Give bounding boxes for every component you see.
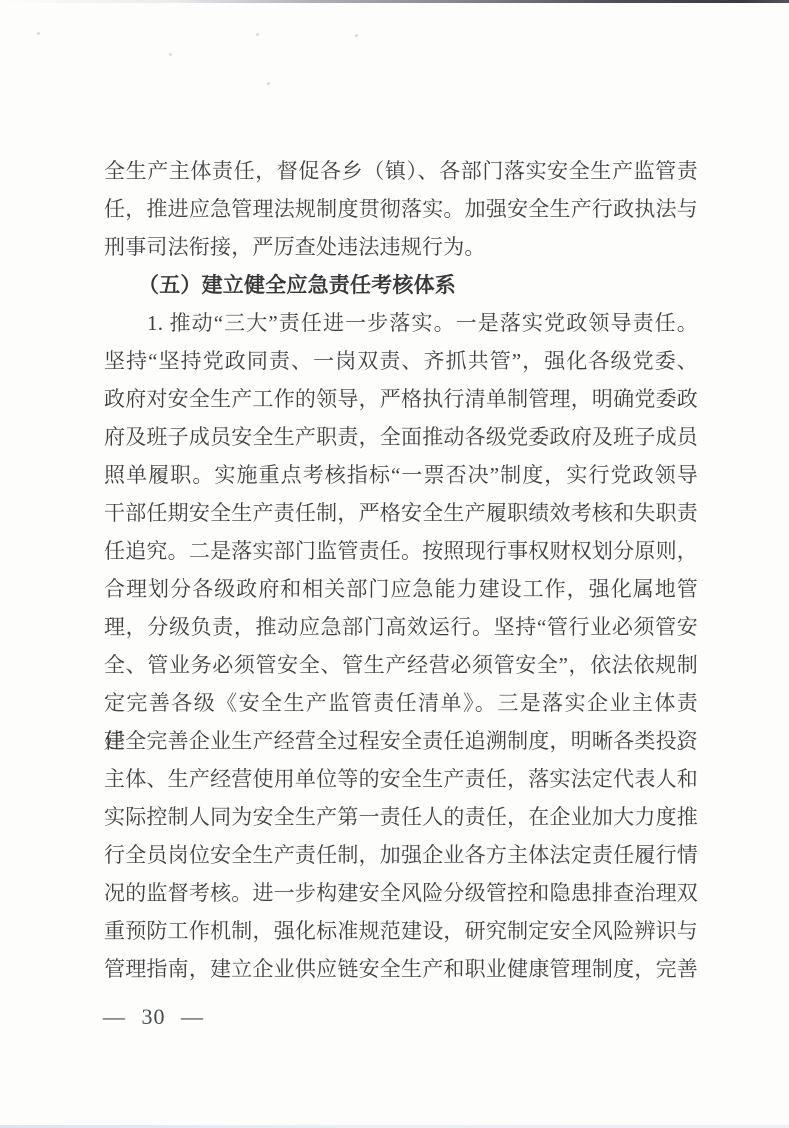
scan-speck bbox=[37, 32, 40, 35]
body-text-line: 1. 推动“三大”责任进一步落实。一是落实党政领导责任。 bbox=[104, 304, 698, 342]
body-text-line: 合理划分各级政府和相关部门应急能力建设工作，强化属地管 bbox=[104, 570, 698, 608]
scanned-page: 全生产主体责任，督促各乡（镇）、各部门落实安全生产监管责 任，推进应急管理法规制… bbox=[0, 0, 789, 1128]
body-text-line: 府及班子成员安全生产职责，全面推动各级党委政府及班子成员 bbox=[104, 418, 698, 456]
body-text-line: 任追究。二是落实部门监管责任。按照现行事权财权划分原则， bbox=[104, 532, 698, 570]
scan-speck bbox=[355, 34, 358, 37]
body-text-line: 刑事司法衔接，严厉查处违法违规行为。 bbox=[104, 228, 698, 266]
body-text-line: 任，推进应急管理法规制度贯彻落实。加强安全生产行政执法与 bbox=[104, 190, 698, 228]
body-text-line: 理，分级负责，推动应急部门高效运行。坚持“管行业必须管安 bbox=[104, 608, 698, 646]
document-body: 全生产主体责任，督促各乡（镇）、各部门落实安全生产监管责 任，推进应急管理法规制… bbox=[104, 152, 698, 988]
scan-speck bbox=[256, 33, 259, 36]
body-text-line: 政府对安全生产工作的领导，严格执行清单制管理，明确党委政 bbox=[104, 380, 698, 418]
section-heading: （五）建立健全应急责任考核体系 bbox=[104, 266, 698, 304]
scan-speck bbox=[169, 53, 172, 56]
body-text-line: 实际控制人同为安全生产第一责任人的责任，在企业加大力度推 bbox=[104, 798, 698, 836]
body-text-line: 重预防工作机制，强化标准规范建设，研究制定安全风险辨识与 bbox=[104, 912, 698, 950]
body-text-line: 全生产主体责任，督促各乡（镇）、各部门落实安全生产监管责 bbox=[104, 152, 698, 190]
body-text-line: 全、管业务必须管安全、管生产经营必须管安全”，依法依规制 bbox=[104, 646, 698, 684]
body-text-line: 行全员岗位安全生产责任制，加强企业各方主体法定责任履行情 bbox=[104, 836, 698, 874]
body-text-line: 定完善各级《安全生产监管责任清单》。三是落实企业主体责任。 bbox=[104, 684, 698, 722]
body-text-line: 况的监督考核。进一步构建安全风险分级管控和隐患排查治理双 bbox=[104, 874, 698, 912]
body-text-line: 照单履职。实施重点考核指标“一票否决”制度，实行党政领导 bbox=[104, 456, 698, 494]
body-text-line: 管理指南，建立企业供应链安全生产和职业健康管理制度，完善 bbox=[104, 950, 698, 988]
scan-speck bbox=[267, 82, 270, 85]
page-number: — 30 — bbox=[103, 1002, 204, 1032]
scan-artifact-top-edge bbox=[0, 0, 789, 3]
body-text-line: 干部任期安全生产责任制，严格安全生产履职绩效考核和失职责 bbox=[104, 494, 698, 532]
body-text-line: 坚持“坚持党政同责、一岗双责、齐抓共管”，强化各级党委、 bbox=[104, 342, 698, 380]
body-text-line: 建全完善企业生产经营全过程安全责任追溯制度，明晰各类投资 bbox=[104, 722, 698, 760]
body-text-line: 主体、生产经营使用单位等的安全生产责任，落实法定代表人和 bbox=[104, 760, 698, 798]
